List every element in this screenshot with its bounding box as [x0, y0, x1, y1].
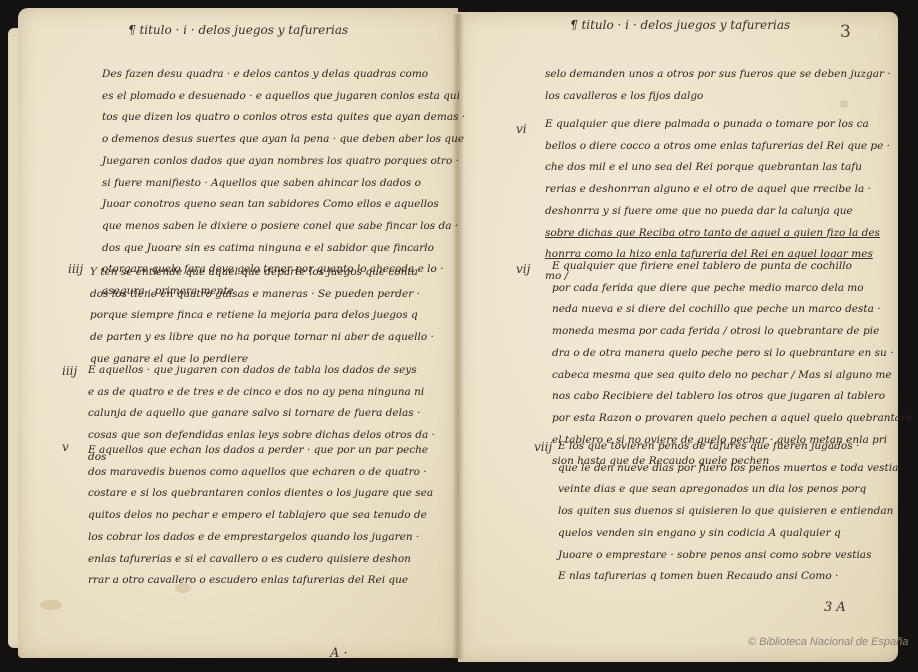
text-line: e as de quatro e de tres e de cinco e do… [88, 382, 435, 404]
manuscript-spread: ¶ titulo · i · delos juegos y tafurerias… [0, 0, 918, 672]
text-line: es el plomado e desuenado · e aquellos q… [102, 86, 465, 108]
text-line: costare e si los quebrantaren conlos die… [88, 483, 433, 505]
text-line: moneda mesma por cada ferida / otrosi lo… [552, 321, 912, 343]
text-line: cabeca mesma que sea quito delo no pecha… [552, 365, 912, 387]
text-line: selo demanden unos a otros por sus fuero… [545, 64, 891, 86]
marginal-numeral: viij [534, 440, 552, 454]
marginal-numeral: vij [516, 262, 530, 276]
text-line: Des fazen desu quadra · e delos cantos y… [102, 64, 465, 86]
text-line: por esta Razon o provaren quelo pechen a… [552, 408, 912, 430]
text-line: Juegaren conlos dados que ayan nombres l… [102, 151, 465, 173]
text-line: calunja de aquello que ganare salvo si t… [88, 403, 435, 425]
text-line: de parten y es libre que no ha porque to… [90, 327, 434, 349]
right-running-header: ¶ titulo · i · delos juegos y tafurerias [570, 18, 790, 32]
text-line: E qualquier que firiere enel tablero de … [552, 256, 912, 278]
text-line: bellos o diere cocco a otros ome enlas t… [545, 136, 890, 158]
underlined-text-line: sobre dichas que Reciba otro tanto de aq… [545, 223, 890, 245]
text-line: che dos mil e el uno sea del Rei porque … [545, 157, 890, 179]
left-signature-mark: A · [330, 646, 348, 661]
text-line: dos los tiene en quatro guisas e maneras… [90, 284, 434, 306]
text-line: E aquellos que echan los dados a perder … [88, 440, 433, 462]
marginal-numeral: v [62, 440, 69, 454]
right-paragraph-4: E los que tovieren penos de tafures que … [558, 436, 900, 588]
text-line: E qualquier que diere palmada o punada o… [545, 114, 890, 136]
right-signature-mark: 3 A [824, 600, 846, 615]
text-line: quelos venden sin engano y sin codicia A… [558, 523, 900, 545]
right-paragraph-1: selo demanden unos a otros por sus fuero… [545, 64, 891, 107]
folio-number: 3 [840, 22, 851, 42]
paper-stain [40, 600, 62, 610]
text-line: tos que dizen los quatro o conlos otros … [102, 107, 465, 129]
text-line: rerias e deshonrran alguno e el otro de … [545, 179, 890, 201]
text-line: dra o de otra manera quelo peche pero si… [552, 343, 912, 365]
text-line: nos cabo Recibiere del tablero los otros… [552, 386, 912, 408]
text-line: Juoar conotros queno sean tan sabidores … [102, 194, 465, 216]
text-line: que menos saben le dixiere o posiere con… [102, 216, 465, 238]
copyright-watermark: © Biblioteca Nacional de España [748, 636, 908, 648]
text-line: los cobrar los dados e de emprestargelos… [88, 527, 433, 549]
text-line: porque siempre finca e retiene la mejori… [90, 305, 434, 327]
text-line: deshonrra y si fuere ome que no pueda da… [545, 201, 890, 223]
text-line: por cada ferida que diere que peche medi… [552, 278, 912, 300]
marginal-numeral: vi [516, 122, 527, 136]
text-line: veinte dias e que sean apregonados un di… [558, 479, 900, 501]
text-line: o demenos desus suertes que ayan la pena… [102, 129, 465, 151]
text-line: enlas tafurerias e si el cavallero o es … [88, 549, 433, 571]
text-line: Juoare o emprestare · sobre penos ansi c… [558, 545, 900, 567]
marginal-numeral: iiij [68, 262, 83, 276]
text-line: quitos delos no pechar e empero el tabla… [88, 505, 433, 527]
text-line: que le den nueve dias por fuero los peno… [558, 458, 900, 480]
text-line: rrar a otro cavallero o escudero enlas t… [88, 570, 433, 592]
text-line: si fuere manifiesto · Aquellos que saben… [102, 173, 465, 195]
left-paragraph-4: E aquellos que echan los dados a perder … [88, 440, 433, 592]
left-paragraph-2: Y ten se entiende que aquel que departe … [90, 262, 434, 371]
marginal-numeral: iiij [62, 364, 77, 378]
text-line: E nlas tafurerias q tomen buen Recaudo a… [558, 566, 900, 588]
text-line: E los que tovieren penos de tafures que … [558, 436, 900, 458]
text-line: Y ten se entiende que aquel que departe … [90, 262, 434, 284]
text-line: neda nueva e si diere del cochillo que p… [552, 299, 912, 321]
text-line: los cavalleros e los fijos dalgo [545, 86, 891, 108]
text-line: dos que Juoare sin es catima ninguna e e… [102, 238, 465, 260]
left-running-header: ¶ titulo · i · delos juegos y tafurerias [128, 23, 348, 37]
text-line: los quiten sus duenos si quisieren lo qu… [558, 501, 900, 523]
text-line: dos maravedis buenos como aquellos que e… [88, 462, 433, 484]
text-line: E aquellos · que jugaren con dados de ta… [88, 360, 435, 382]
